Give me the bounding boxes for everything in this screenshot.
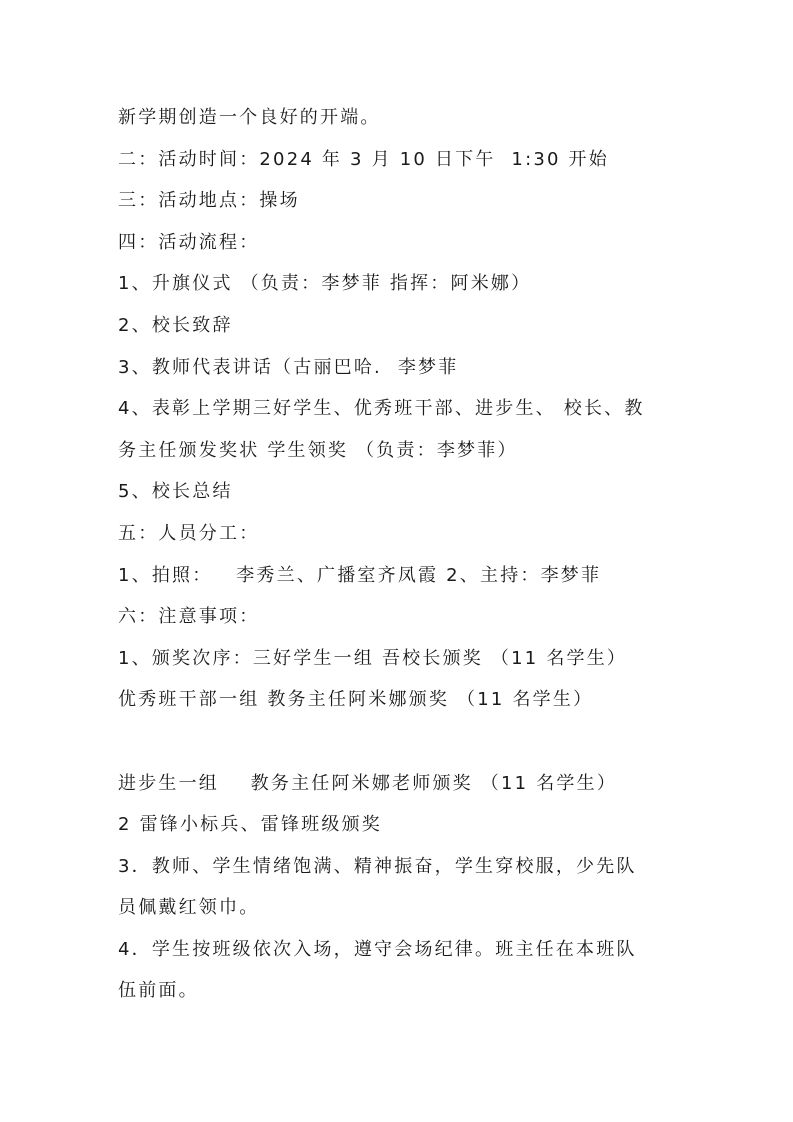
blank-line: [118, 728, 678, 770]
process-item-continued: 务主任颁发奖状 学生领奖 （负责：李梦菲）: [118, 437, 678, 479]
notes-item: 1、颁奖次序：三好学生一组 吾校长颁奖 （11 名学生）: [118, 645, 678, 687]
section-heading-process: 四：活动流程：: [118, 229, 678, 271]
notes-item: 2 雷锋小标兵、雷锋班级颁奖: [118, 811, 678, 853]
text-line: 新学期创造一个良好的开端。: [118, 104, 678, 146]
section-heading-staff: 五：人员分工：: [118, 520, 678, 562]
process-item: 2、校长致辞: [118, 312, 678, 354]
notes-item-continued: 进步生一组 教务主任阿米娜老师颁奖 （11 名学生）: [118, 770, 678, 812]
notes-item-continued: 员佩戴红领巾。: [118, 894, 678, 936]
activity-location-line: 三：活动地点：操场: [118, 187, 678, 229]
process-item: 4、表彰上学期三好学生、优秀班干部、进步生、 校长、教: [118, 395, 678, 437]
notes-item-continued: 伍前面。: [118, 977, 678, 1019]
section-heading-notes: 六：注意事项：: [118, 603, 678, 645]
process-item: 3、教师代表讲话（古丽巴哈. 李梦菲: [118, 354, 678, 396]
process-item: 1、升旗仪式 （负责：李梦菲 指挥：阿米娜）: [118, 270, 678, 312]
activity-time-line: 二：活动时间：2024 年 3 月 10 日下午 1:30 开始: [118, 146, 678, 188]
document-body: 新学期创造一个良好的开端。 二：活动时间：2024 年 3 月 10 日下午 1…: [118, 104, 678, 1019]
document-page: 新学期创造一个良好的开端。 二：活动时间：2024 年 3 月 10 日下午 1…: [0, 0, 793, 1122]
notes-item: 4．学生按班级依次入场，遵守会场纪律。班主任在本班队: [118, 936, 678, 978]
notes-item: 3．教师、学生情绪饱满、精神振奋，学生穿校服，少先队: [118, 853, 678, 895]
staff-item: 1、拍照： 李秀兰、广播室齐凤霞 2、主持：李梦菲: [118, 562, 678, 604]
process-item: 5、校长总结: [118, 478, 678, 520]
notes-item-continued: 优秀班干部一组 教务主任阿米娜颁奖 （11 名学生）: [118, 686, 678, 728]
